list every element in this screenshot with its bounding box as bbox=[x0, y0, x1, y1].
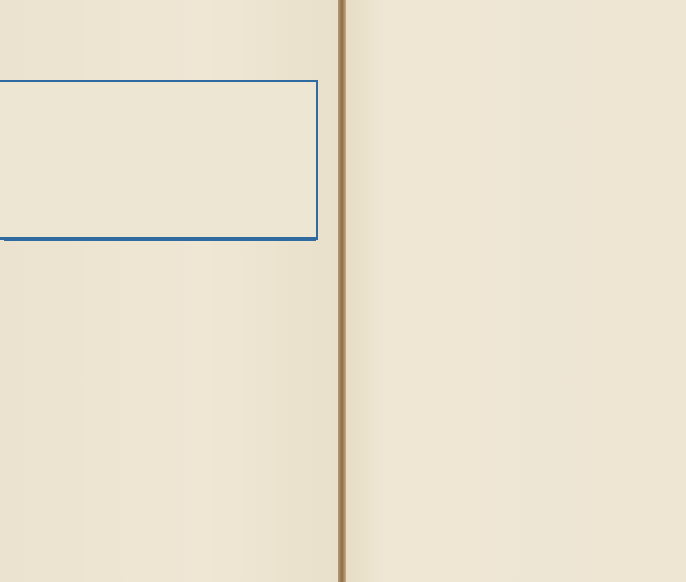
right-page bbox=[343, 0, 686, 582]
book-spine bbox=[338, 0, 346, 582]
left-ruled-frame-main bbox=[0, 80, 318, 239]
